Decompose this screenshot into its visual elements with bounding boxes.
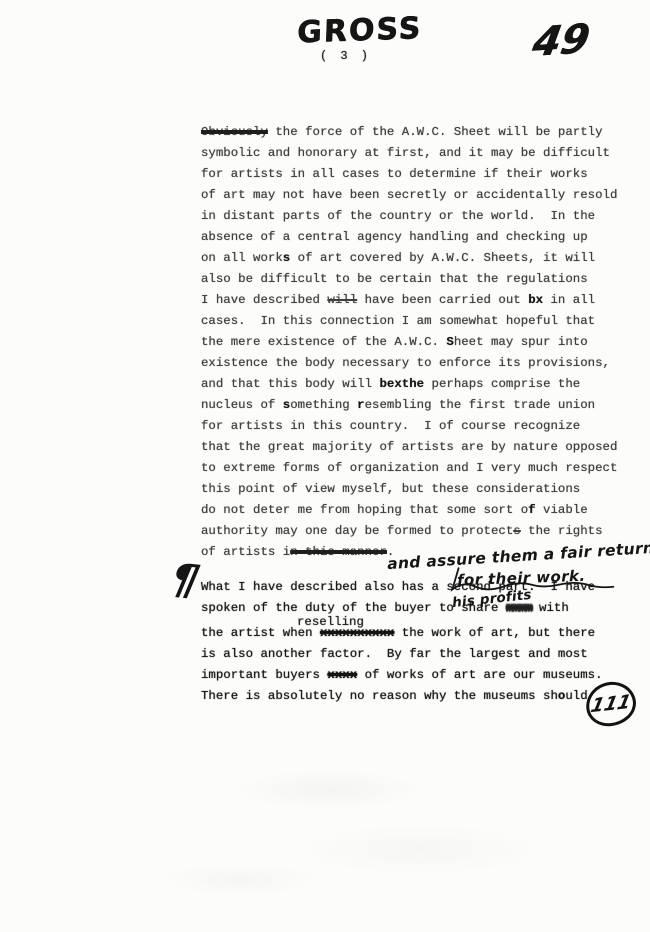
body-line: and that this body will bexthe perhaps c…: [201, 374, 633, 395]
body-line: existence the body necessary to enforce …: [201, 353, 633, 374]
typed-body-text: Obviously the force of the A.W.C. Sheet …: [201, 122, 633, 707]
body-line: nucleus of something resembling the firs…: [201, 395, 633, 416]
typed-page-number: ( 3 ): [320, 47, 371, 65]
body-line: important buyers xxxx of works of art ar…: [201, 665, 633, 686]
body-line: symbolic and honorary at first, and it m…: [201, 143, 633, 164]
body-line: There is absolutely no reason why the mu…: [201, 686, 633, 707]
body-line: the mere existence of the A.W.C. Sheet m…: [201, 332, 633, 353]
body-line: in distant parts of the country or the w…: [201, 206, 633, 227]
handwritten-name-gross: GROSS: [296, 11, 422, 50]
typed-insert-reselling: reselling: [297, 613, 364, 631]
body-line: that the great majority of artists are b…: [201, 437, 633, 458]
body-line: do not deter me from hoping that some so…: [201, 500, 633, 521]
circled-number-text: 111: [589, 691, 633, 718]
handwritten-paragraph-mark-icon: ¶: [167, 555, 204, 605]
body-line: this point of view myself, but these con…: [201, 479, 633, 500]
body-line: Obviously the force of the A.W.C. Sheet …: [201, 122, 633, 143]
body-line: the artist when xxxxxxxxxx the work of a…: [201, 623, 633, 644]
body-line: also be difficult to be certain that the…: [201, 269, 633, 290]
body-line: absence of a central agency handling and…: [201, 227, 633, 248]
body-line: for artists in all cases to determine if…: [201, 164, 633, 185]
body-line: to extreme forms of organization and I v…: [201, 458, 633, 479]
body-line: for artists in this country. I of course…: [201, 416, 633, 437]
body-line: of art may not have been secretly or acc…: [201, 185, 633, 206]
body-line: on all works of art covered by A.W.C. Sh…: [201, 248, 633, 269]
scanned-document-page: GROSS ( 3 ) 49 ¶ Obviously the force of …: [0, 0, 650, 932]
body-line: is also another factor. By far the large…: [201, 644, 633, 665]
body-line: cases. In this connection I am somewhat …: [201, 311, 633, 332]
body-line: I have described will have been carried …: [201, 290, 633, 311]
handwritten-page-number: 49: [529, 16, 593, 67]
body-line: spoken of the duty of the buyer to share…: [201, 598, 633, 619]
body-line: authority may one day be formed to prote…: [201, 521, 633, 542]
